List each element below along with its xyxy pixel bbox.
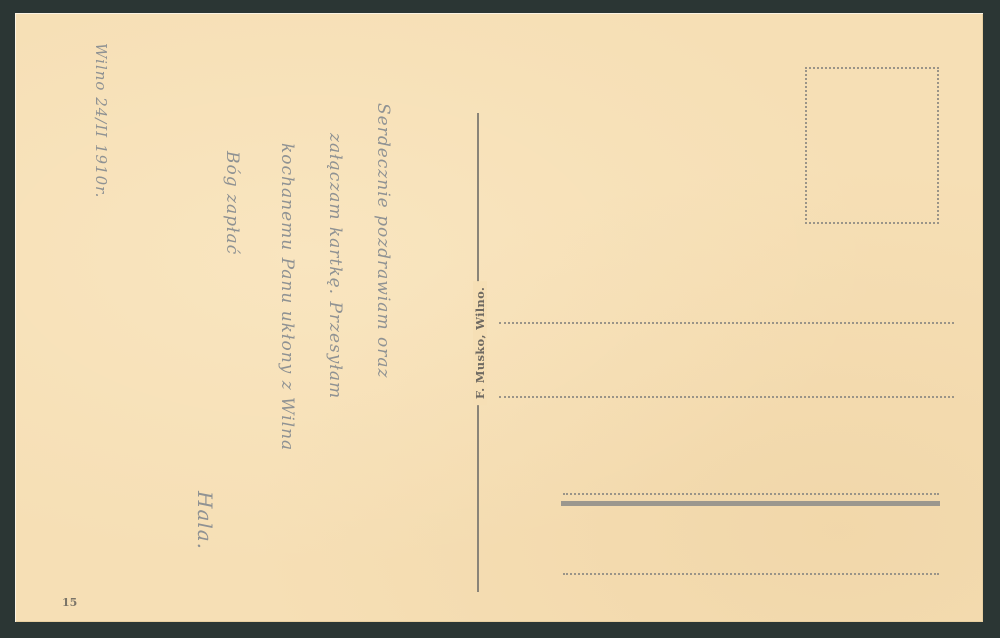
handwritten-line-3: kochanemu Panu ukłony z Wilna (277, 143, 297, 451)
stamp-box (805, 67, 939, 224)
handwritten-line-2: załączam kartkę. Przesyłam (325, 133, 345, 399)
handwritten-line-4: Bóg zapłać (222, 151, 242, 255)
publisher-imprint: F. Musko, Wilno. (473, 281, 487, 405)
address-line-1 (499, 322, 954, 324)
handwritten-line-1: Serdecznie pozdrawiam oraz (373, 103, 393, 378)
address-underline-heavy (561, 501, 940, 506)
card-number: 15 (62, 596, 77, 609)
handwritten-signature: Hala. (193, 491, 217, 550)
address-line-4 (563, 573, 939, 575)
address-line-3 (563, 493, 939, 495)
handwritten-date: Wilno 24/II 1910r. (92, 43, 110, 198)
address-line-2 (499, 396, 954, 398)
postcard-back: F. Musko, Wilno. 15 Wilno 24/II 1910r. S… (15, 13, 983, 622)
